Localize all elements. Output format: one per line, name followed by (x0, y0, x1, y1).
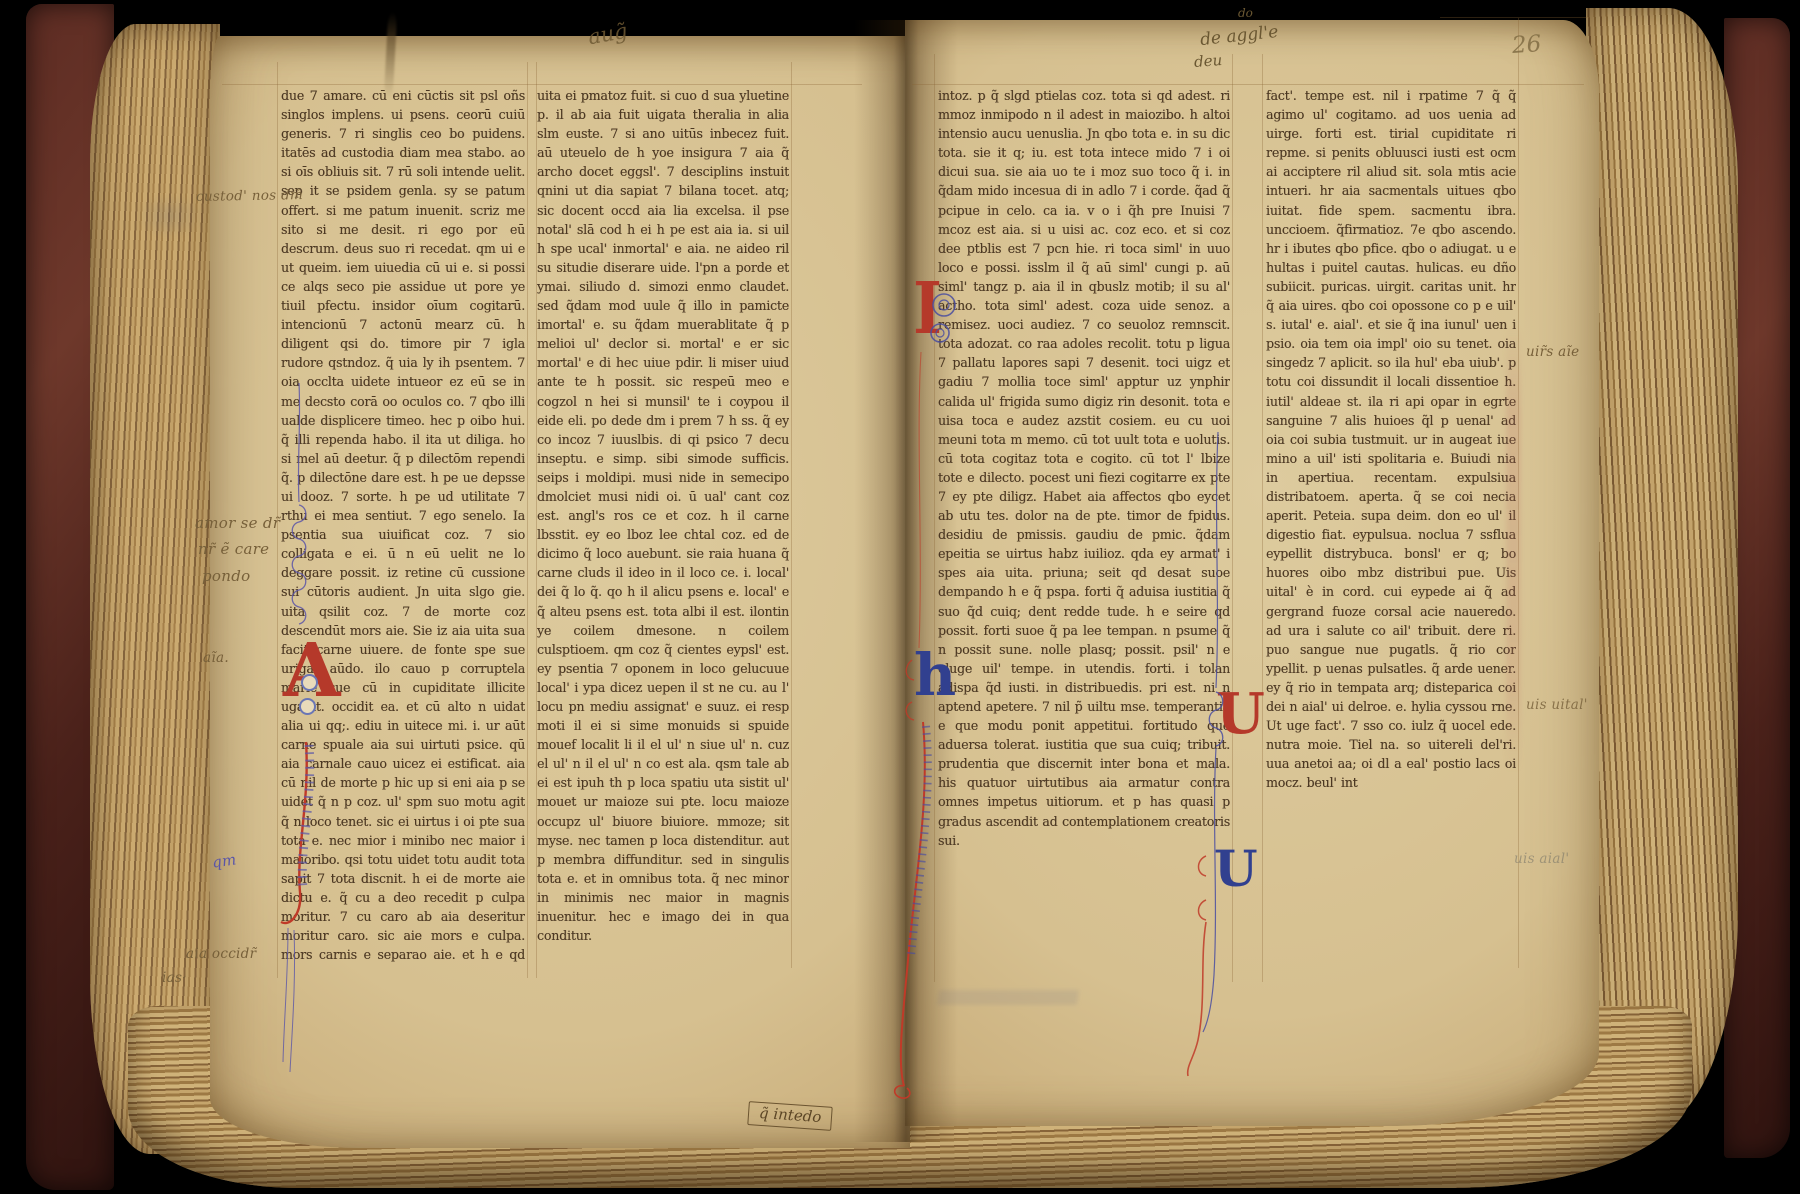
margin-note: uis uital' (1526, 697, 1588, 713)
ruling-line (912, 84, 1584, 85)
margin-note: uis aial' (1514, 851, 1569, 867)
illuminated-initial-red: U (1216, 686, 1265, 742)
illuminated-initial-red: I (913, 273, 942, 344)
margin-note: ias· (162, 970, 187, 986)
ruling-line (527, 62, 528, 978)
running-header-line: de aggl'e (1199, 22, 1279, 50)
running-header: do de aggl'e deu (1192, 4, 1312, 84)
initial-medallion (299, 698, 316, 715)
initial-medallion (301, 674, 318, 691)
text-column-1: due 7 amare. cū eni cūctis sit psl oñs s… (281, 86, 525, 965)
illuminated-initial-blue: h (914, 646, 956, 704)
margin-note: aĩa. (203, 650, 229, 666)
margin-note: amor se dr̃ (195, 514, 280, 532)
margin-note-blue: qm (211, 850, 238, 871)
ruling-line (1518, 18, 1519, 968)
illuminated-initial-blue: U (1214, 844, 1258, 894)
text-column-2: uita ei pmatoz fuit. si cuo d sua ylueti… (537, 86, 789, 954)
margin-note: custod' nos dm̃ (196, 187, 303, 205)
ruling-line (1440, 17, 1590, 18)
ruling-line (791, 62, 792, 968)
running-header-line: deu (1193, 51, 1222, 71)
ruling-line (222, 84, 862, 85)
running-header-line: do (1238, 6, 1253, 20)
ruling-line (934, 54, 935, 982)
text-column-3: intoz. p q̃ slgd ptielas coz. tota si qd… (938, 86, 1230, 965)
margin-note: aia occidr̃ (186, 946, 256, 962)
page-edge-stack-right (1586, 8, 1738, 1130)
margin-note: uir̃s aĩe (1526, 344, 1579, 360)
text-column-4: fact'. tempe est. nil i rpatime 7 q̃ q̃ … (1266, 86, 1516, 954)
ruling-line (1262, 54, 1263, 982)
illuminated-initial-red: A (283, 634, 340, 708)
manuscript-photo: due 7 amare. cū eni cūctis sit psl oñs s… (0, 0, 1800, 1194)
margin-note: nr̃ ẽ care (198, 540, 269, 558)
margin-note: pondo (202, 567, 250, 585)
folio-number: 26 (1511, 31, 1542, 59)
